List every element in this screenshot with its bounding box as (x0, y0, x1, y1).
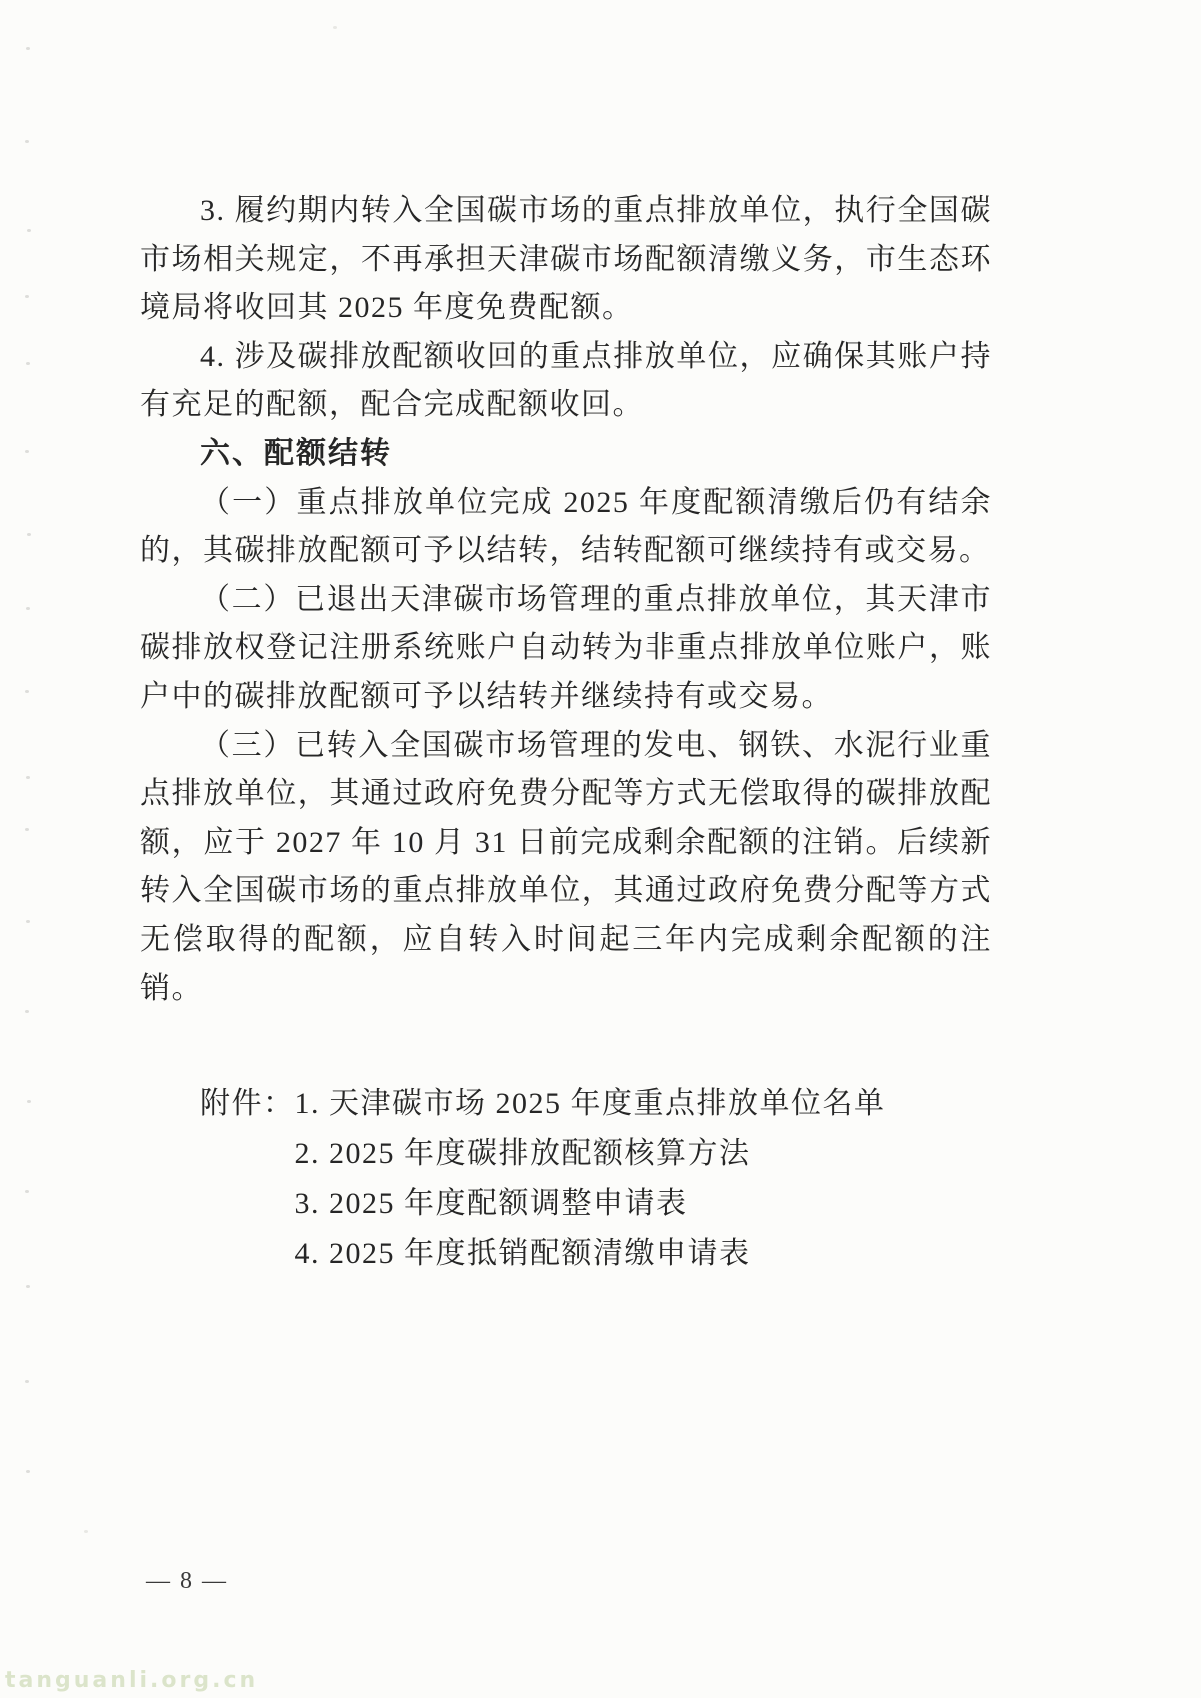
scan-speck (25, 1190, 29, 1193)
document-page: 3. 履约期内转入全国碳市场的重点排放单位，执行全国碳市场相关规定，不再承担天津… (0, 0, 1201, 1698)
attachments-label: 附件： (200, 1079, 295, 1129)
scan-speck (27, 1100, 31, 1103)
attachment-item-1: 1. 天津碳市场 2025 年度重点排放单位名单 (295, 1079, 993, 1129)
section-6-heading: 六、配额结转 (140, 430, 992, 479)
scan-speck (25, 1010, 29, 1013)
scan-speck (26, 1470, 30, 1473)
clause-3-paragraph: 3. 履约期内转入全国碳市场的重点排放单位，执行全国碳市场相关规定，不再承担天津… (140, 187, 992, 333)
attachment-item-3: 3. 2025 年度配额调整申请表 (295, 1179, 993, 1229)
scan-speck (25, 1380, 29, 1383)
scan-speck (26, 776, 30, 779)
item-1-paragraph: （一）重点排放单位完成 2025 年度配额清缴后仍有结余的，其碳排放配额可予以结… (140, 479, 992, 576)
scan-speck (27, 229, 31, 232)
scan-speck (333, 26, 337, 29)
scan-speck (26, 607, 30, 610)
attachments-block: 附件： 1. 天津碳市场 2025 年度重点排放单位名单 2. 2025 年度碳… (200, 1079, 992, 1279)
scan-speck (25, 450, 29, 453)
scan-speck (27, 533, 31, 536)
page-number: — 8 — (146, 1568, 228, 1595)
scan-speck (25, 828, 29, 831)
attachment-item-2: 2. 2025 年度碳排放配额核算方法 (295, 1129, 993, 1179)
scan-speck (26, 362, 30, 365)
document-body: 3. 履约期内转入全国碳市场的重点排放单位，执行全国碳市场相关规定，不再承担天津… (140, 187, 992, 1279)
clause-4-paragraph: 4. 涉及碳排放配额收回的重点排放单位，应确保其账户持有充足的配额，配合完成配额… (140, 333, 992, 430)
scan-speck (26, 920, 30, 923)
item-2-paragraph: （二）已退出天津碳市场管理的重点排放单位，其天津市碳排放权登记注册系统账户自动转… (140, 576, 992, 722)
attachment-item-4: 4. 2025 年度抵销配额清缴申请表 (295, 1229, 993, 1279)
scan-speck (26, 47, 30, 50)
attachments-list: 1. 天津碳市场 2025 年度重点排放单位名单 2. 2025 年度碳排放配额… (295, 1079, 993, 1279)
scan-speck (25, 140, 29, 143)
scan-speck (84, 1530, 88, 1533)
scan-speck (26, 1285, 30, 1288)
watermark: tanguanli.org.cn (5, 1668, 258, 1693)
item-3-paragraph: （三）已转入全国碳市场管理的发电、钢铁、水泥行业重点排放单位，其通过政府免费分配… (140, 722, 992, 1014)
scan-speck (25, 295, 29, 298)
scan-speck (25, 690, 29, 693)
